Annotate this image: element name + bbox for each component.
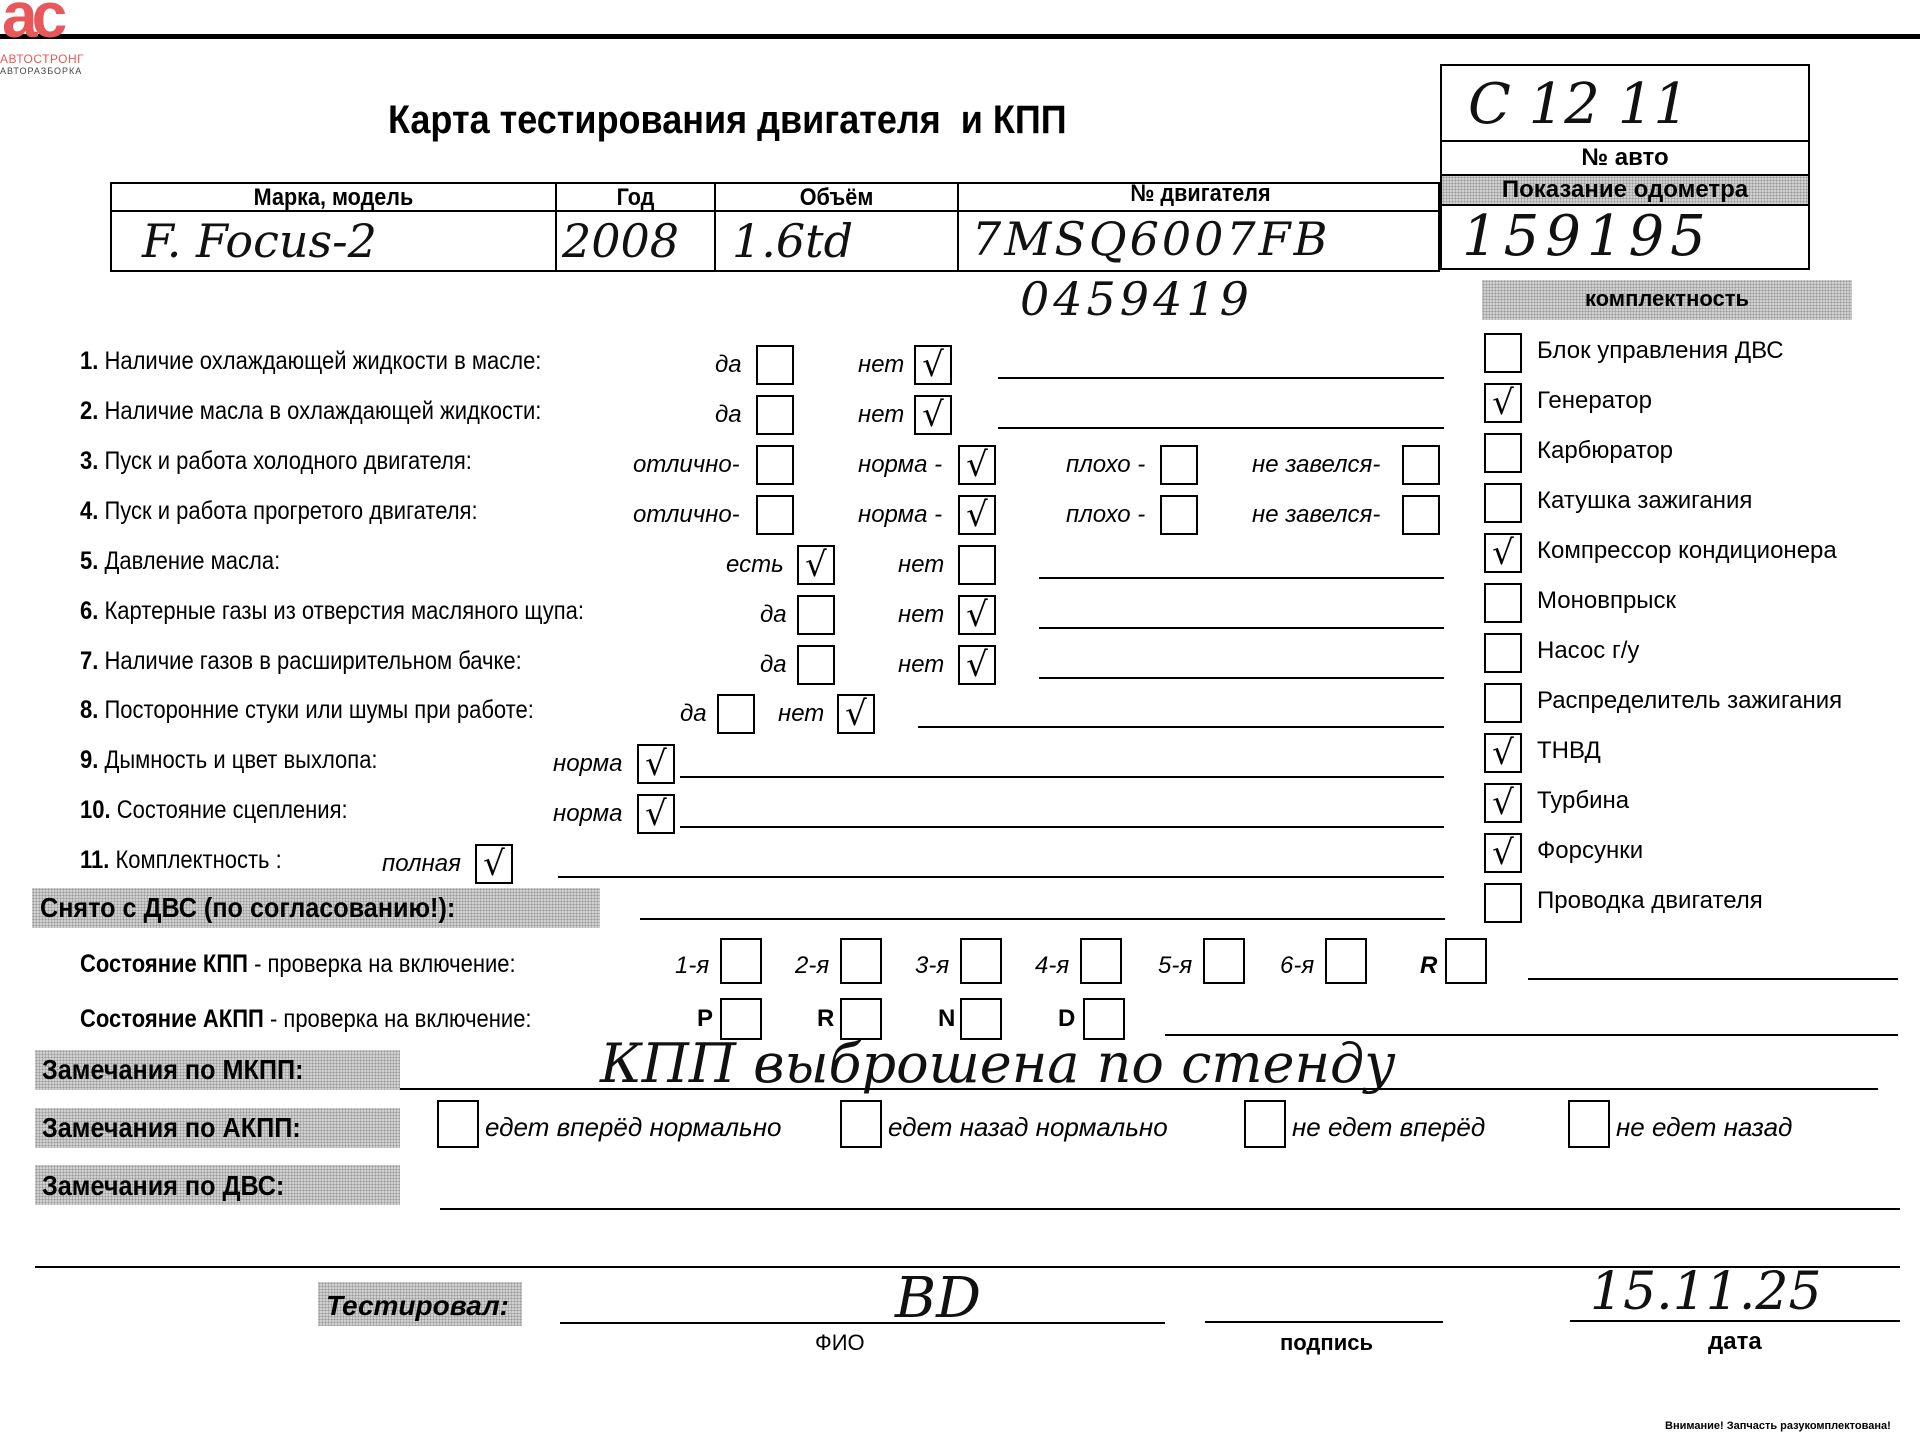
question-label: 2. Наличие масла в охлаждающей жидкости: xyxy=(80,397,541,426)
option-checkbox[interactable]: √ xyxy=(837,694,875,734)
remarks-mkpp-label: Замечания по МКПП: xyxy=(42,1054,304,1086)
option-checkbox[interactable] xyxy=(756,495,794,535)
gear-label: R xyxy=(1420,952,1437,980)
question-label: 7. Наличие газов в расширительном бачке: xyxy=(80,647,522,676)
option-checkbox[interactable] xyxy=(797,645,835,685)
gear-label: 1-я xyxy=(675,952,709,980)
auto-position-checkbox[interactable] xyxy=(1083,998,1125,1040)
answer-line xyxy=(918,726,1444,728)
checkmark-icon: √ xyxy=(1492,836,1514,870)
option-label: да xyxy=(760,651,787,679)
question-label: 9. Дымность и цвет выхлопа: xyxy=(80,746,378,775)
akpp-remark-checkbox[interactable] xyxy=(1568,1100,1610,1148)
option-label: да xyxy=(760,601,787,629)
option-checkbox[interactable] xyxy=(756,445,794,485)
option-checkbox[interactable]: √ xyxy=(914,395,952,435)
gear-label: 4-я xyxy=(1035,952,1069,980)
option-label: плохо - xyxy=(1066,501,1145,529)
engine-number-value: 7MSQ6007FB xyxy=(972,212,1330,266)
col-make-model: Марка, модель xyxy=(134,184,533,212)
completeness-header: комплектность xyxy=(1482,286,1852,312)
option-checkbox[interactable]: √ xyxy=(958,495,996,535)
akpp-remark-checkbox[interactable] xyxy=(437,1100,479,1148)
col-year: Год xyxy=(565,184,706,212)
checkmark-icon: √ xyxy=(922,398,944,432)
auto-position-label: R xyxy=(817,1005,834,1033)
akpp-remark-label: не едет вперёд xyxy=(1292,1112,1485,1143)
akpp-remark-checkbox[interactable] xyxy=(840,1100,882,1148)
answer-line xyxy=(680,826,1444,828)
col-volume: Объём xyxy=(728,184,945,212)
question-label: 6. Картерные газы из отверстия масляного… xyxy=(80,597,584,626)
date-value[interactable]: 15.11.25 xyxy=(1590,1262,1822,1322)
answer-line xyxy=(1039,627,1444,629)
answer-line xyxy=(558,876,1444,878)
option-checkbox[interactable]: √ xyxy=(914,345,952,385)
option-label: норма xyxy=(553,800,622,828)
gear-checkbox[interactable] xyxy=(1325,938,1367,984)
completeness-item-label: Форсунки xyxy=(1537,837,1643,865)
gear-label: 3-я xyxy=(915,952,949,980)
option-label: плохо - xyxy=(1066,451,1145,479)
completeness-item-label: Генератор xyxy=(1537,387,1652,415)
completeness-item-label: Моновпрыск xyxy=(1537,587,1676,615)
logo-brand: АВТОСТРОНГ xyxy=(0,52,84,66)
option-label: есть xyxy=(726,551,784,579)
name-line xyxy=(560,1322,1165,1324)
completeness-item-label: ТНВД xyxy=(1537,737,1601,765)
option-label: норма - xyxy=(858,451,942,479)
removed-section-line xyxy=(640,918,1445,920)
option-label: нет xyxy=(858,351,904,379)
question-label: 1. Наличие охлаждающей жидкости в масле: xyxy=(80,347,541,376)
gear-label: 2-я xyxy=(795,952,829,980)
gear-checkbox[interactable] xyxy=(1445,938,1487,984)
option-label: да xyxy=(680,700,707,728)
question-label: 5. Давление масла: xyxy=(80,547,280,576)
option-label: не завелся- xyxy=(1252,501,1380,529)
gear-label: 6-я xyxy=(1280,952,1314,980)
completeness-item-label: Турбина xyxy=(1537,787,1629,815)
checkmark-icon: √ xyxy=(1492,386,1514,420)
year-value: 2008 xyxy=(562,214,679,268)
logo-subtitle: АВТОРАЗБОРКА xyxy=(0,66,82,76)
option-label: отлично- xyxy=(633,451,740,479)
checkmark-icon: √ xyxy=(966,498,988,532)
odometer-label: Показание одометра xyxy=(1442,176,1808,204)
option-checkbox[interactable] xyxy=(797,595,835,635)
option-checkbox[interactable]: √ xyxy=(637,794,675,834)
akpp-remark-label: едет назад нормально xyxy=(888,1112,1168,1143)
auto-position-label: D xyxy=(1058,1005,1075,1033)
completeness-item-label: Блок управления ДВС xyxy=(1537,337,1784,365)
checkmark-icon: √ xyxy=(805,548,827,582)
name-value[interactable]: BD xyxy=(895,1266,981,1331)
page-title: Карта тестирования двигателя и КПП xyxy=(388,98,1067,143)
completeness-checkbox[interactable]: √ xyxy=(1484,783,1522,823)
question-label: 11. Комплектность : xyxy=(80,846,282,875)
completeness-item-label: Карбюратор xyxy=(1537,437,1673,465)
checkmark-icon: √ xyxy=(922,348,944,382)
col-engine-number: № двигателя xyxy=(983,180,1418,208)
logo: ac АВТОСТРОНГ АВТОРАЗБОРКА xyxy=(0,0,105,78)
checkmark-icon: √ xyxy=(966,648,988,682)
gear-checkbox[interactable] xyxy=(960,938,1002,984)
option-label: норма - xyxy=(858,501,942,529)
auto-gearbox-label: Состояние АКПП - проверка на включение: xyxy=(80,1005,532,1034)
question-label: 10. Состояние сцепления: xyxy=(80,796,348,825)
checkmark-icon: √ xyxy=(1492,736,1514,770)
checkmark-icon: √ xyxy=(645,797,667,831)
option-checkbox[interactable] xyxy=(1160,495,1198,535)
option-checkbox[interactable] xyxy=(756,345,794,385)
checkmark-icon: √ xyxy=(1492,786,1514,820)
remarks-mkpp-value[interactable]: КПП выброшена по стенду xyxy=(600,1032,1396,1095)
gear-label: 5-я xyxy=(1158,952,1192,980)
option-label: норма xyxy=(553,750,622,778)
checkmark-icon: √ xyxy=(966,598,988,632)
answer-line xyxy=(998,377,1444,379)
odometer-value: 159195 xyxy=(1462,204,1712,269)
gear-checkbox[interactable] xyxy=(720,938,762,984)
date-caption: дата xyxy=(1708,1328,1762,1356)
completeness-checkbox[interactable]: √ xyxy=(1484,733,1522,773)
option-checkbox[interactable] xyxy=(958,545,996,585)
removed-section-label: Снято с ДВС (по согласованию!): xyxy=(40,892,455,924)
completeness-item-label: Компрессор кондиционера xyxy=(1537,537,1837,565)
option-label: нет xyxy=(778,700,824,728)
option-checkbox[interactable]: √ xyxy=(637,744,675,784)
option-label: нет xyxy=(898,551,944,579)
manual-gearbox-line xyxy=(1528,978,1898,980)
akpp-remark-label: едет вперёд нормально xyxy=(485,1112,781,1143)
auto-position-checkbox[interactable] xyxy=(960,998,1002,1040)
completeness-item-label: Насос г/у xyxy=(1537,637,1639,665)
answer-line xyxy=(998,427,1444,429)
remarks-engine-label: Замечания по ДВС: xyxy=(42,1170,284,1202)
answer-line xyxy=(680,776,1444,778)
volume-value: 1.6td xyxy=(732,214,853,268)
completeness-checkbox[interactable] xyxy=(1484,633,1522,673)
completeness-checkbox[interactable]: √ xyxy=(1484,383,1522,423)
car-number-value: C 12 11 xyxy=(1468,72,1689,137)
auto-position-label: P xyxy=(697,1005,713,1033)
answer-line xyxy=(1039,577,1444,579)
option-label: нет xyxy=(858,401,904,429)
option-checkbox[interactable] xyxy=(1402,495,1440,535)
option-checkbox[interactable]: √ xyxy=(797,545,835,585)
question-label: 3. Пуск и работа холодного двигателя: xyxy=(80,447,472,476)
header-table: Марка, модель Год Объём № двигателя F. F… xyxy=(110,182,1440,272)
signature-caption: подпись xyxy=(1280,1330,1373,1356)
make-model-value: F. Focus-2 xyxy=(142,214,377,268)
akpp-remark-checkbox[interactable] xyxy=(1244,1100,1286,1148)
auto-position-checkbox[interactable] xyxy=(840,998,882,1040)
scan-edge-line xyxy=(0,34,1920,39)
checkmark-icon: √ xyxy=(845,697,867,731)
gear-checkbox[interactable] xyxy=(840,938,882,984)
option-label: да xyxy=(715,401,742,429)
question-label: 8. Посторонние стуки или шумы при работе… xyxy=(80,696,534,725)
option-checkbox[interactable] xyxy=(1160,445,1198,485)
completeness-item-label: Катушка зажигания xyxy=(1537,487,1752,515)
completeness-checkbox[interactable] xyxy=(1484,333,1522,373)
auto-position-label: N xyxy=(938,1005,955,1033)
car-box: C 12 11 № авто Показание одометра 159195 xyxy=(1440,64,1810,270)
completeness-checkbox[interactable]: √ xyxy=(1484,833,1522,873)
checkmark-icon: √ xyxy=(645,747,667,781)
option-label: да xyxy=(715,351,742,379)
completeness-checkbox[interactable] xyxy=(1484,883,1522,923)
option-checkbox[interactable]: √ xyxy=(475,844,513,884)
option-checkbox[interactable]: √ xyxy=(958,645,996,685)
option-label: полная xyxy=(382,850,461,878)
completeness-item-label: Распределитель зажигания xyxy=(1537,687,1842,715)
remarks-engine-line xyxy=(440,1208,1900,1210)
option-checkbox[interactable] xyxy=(717,694,755,734)
gear-checkbox[interactable] xyxy=(1203,938,1245,984)
checkmark-icon: √ xyxy=(483,847,505,881)
option-checkbox[interactable] xyxy=(756,395,794,435)
checkmark-icon: √ xyxy=(966,448,988,482)
option-checkbox[interactable]: √ xyxy=(958,595,996,635)
completeness-checkbox[interactable]: √ xyxy=(1484,533,1522,573)
akpp-remark-label: не едет назад xyxy=(1616,1112,1792,1143)
auto-position-checkbox[interactable] xyxy=(720,998,762,1040)
logo-mark: ac xyxy=(2,0,61,52)
signature-line xyxy=(1205,1321,1443,1323)
car-number-label: № авто xyxy=(1442,144,1808,172)
option-checkbox[interactable]: √ xyxy=(958,445,996,485)
option-checkbox[interactable] xyxy=(1402,445,1440,485)
name-caption: ФИО xyxy=(815,1330,865,1356)
completeness-checkbox[interactable] xyxy=(1484,683,1522,723)
completeness-checkbox[interactable] xyxy=(1484,583,1522,623)
footer-warning: Внимание! Запчасть разукомплектована! xyxy=(1665,1420,1891,1432)
checkmark-icon: √ xyxy=(1492,536,1514,570)
tested-by-label: Тестировал: xyxy=(326,1290,509,1322)
question-label: 4. Пуск и работа прогретого двигателя: xyxy=(80,497,478,526)
remarks-akpp-label: Замечания по АКПП: xyxy=(42,1112,301,1144)
answer-line xyxy=(1039,677,1444,679)
option-label: нет xyxy=(898,651,944,679)
manual-gearbox-label: Состояние КПП - проверка на включение: xyxy=(80,950,516,979)
option-label: не завелся- xyxy=(1252,451,1380,479)
completeness-checkbox[interactable] xyxy=(1484,433,1522,473)
completeness-item-label: Проводка двигателя xyxy=(1537,887,1763,915)
option-label: нет xyxy=(898,601,944,629)
gear-checkbox[interactable] xyxy=(1080,938,1122,984)
option-label: отлично- xyxy=(633,501,740,529)
engine-number-extra: 0459419 xyxy=(1020,272,1253,326)
remarks-mkpp-line xyxy=(400,1088,1878,1090)
completeness-checkbox[interactable] xyxy=(1484,483,1522,523)
